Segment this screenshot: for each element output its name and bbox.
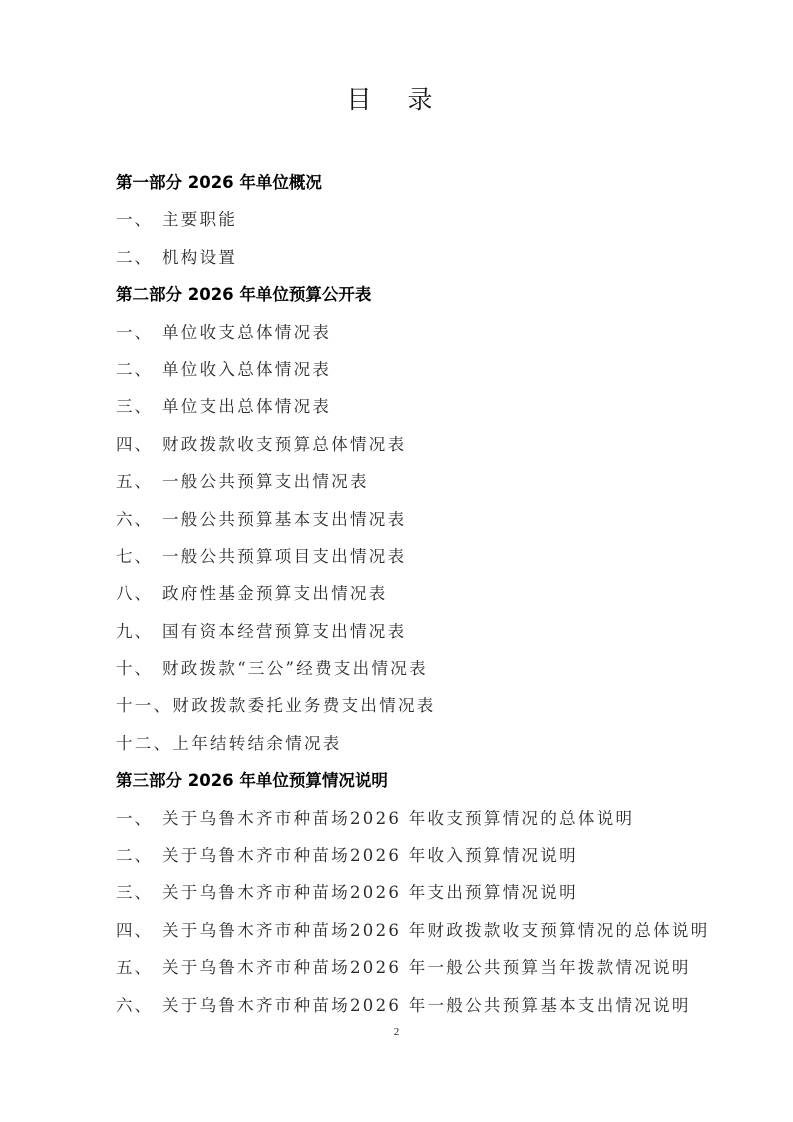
toc-entry-text: 单位支出总体情况表 (162, 397, 331, 416)
toc-entry-number: 十二、 (116, 725, 172, 762)
toc-entry-text: 一般公共预算支出情况表 (162, 472, 369, 491)
toc-entry[interactable]: 四、关于乌鲁木齐市种苗场2026 年财政拨款收支预算情况的总体说明 (116, 912, 736, 949)
toc-entry[interactable]: 七、一般公共预算项目支出情况表 (116, 538, 736, 575)
toc-entry[interactable]: 六、一般公共预算基本支出情况表 (116, 501, 736, 538)
toc-entry-number: 七、 (116, 538, 162, 575)
table-of-contents: 第一部分 2026 年单位概况 一、主要职能 二、机构设置 第二部分 2026 … (116, 164, 736, 1024)
toc-entry-text: 关于乌鲁木齐市种苗场2026 年财政拨款收支预算情况的总体说明 (162, 921, 710, 940)
toc-entry[interactable]: 十二、上年结转结余情况表 (116, 725, 736, 762)
toc-entry-number: 四、 (116, 426, 162, 463)
toc-entry-number: 二、 (116, 351, 162, 388)
toc-entry[interactable]: 三、单位支出总体情况表 (116, 388, 736, 425)
toc-entry[interactable]: 一、单位收支总体情况表 (116, 314, 736, 351)
toc-entry-text: 关于乌鲁木齐市种苗场2026 年收支预算情况的总体说明 (162, 809, 634, 828)
toc-entry-number: 一、 (116, 201, 162, 238)
toc-entry[interactable]: 五、关于乌鲁木齐市种苗场2026 年一般公共预算当年拨款情况说明 (116, 949, 736, 986)
toc-entry-text: 上年结转结余情况表 (172, 734, 341, 753)
toc-entry-number: 六、 (116, 501, 162, 538)
toc-entry-text: 财政拨款委托业务费支出情况表 (172, 696, 435, 715)
toc-entry-number: 五、 (116, 463, 162, 500)
toc-entry-text: 一般公共预算项目支出情况表 (162, 547, 406, 566)
toc-entry-text: 单位收入总体情况表 (162, 360, 331, 379)
toc-entry-number: 一、 (116, 800, 162, 837)
toc-entry-text: 关于乌鲁木齐市种苗场2026 年收入预算情况说明 (162, 846, 578, 865)
page-number: 2 (0, 1026, 793, 1038)
toc-entry-text: 国有资本经营预算支出情况表 (162, 622, 406, 641)
toc-entry-number: 四、 (116, 912, 162, 949)
section-heading-1[interactable]: 第一部分 2026 年单位概况 (116, 164, 736, 201)
toc-entry-number: 十、 (116, 650, 162, 687)
toc-entry-number: 五、 (116, 949, 162, 986)
toc-entry-number: 一、 (116, 314, 162, 351)
toc-entry-number: 八、 (116, 575, 162, 612)
toc-entry-number: 十一、 (116, 687, 172, 724)
toc-entry-text: 一般公共预算基本支出情况表 (162, 510, 406, 529)
page-title: 目 录 (0, 80, 793, 116)
section-heading-2[interactable]: 第二部分 2026 年单位预算公开表 (116, 276, 736, 313)
toc-entry-number: 六、 (116, 987, 162, 1024)
toc-entry[interactable]: 一、主要职能 (116, 201, 736, 238)
toc-entry-number: 三、 (116, 874, 162, 911)
toc-entry-number: 二、 (116, 239, 162, 276)
toc-entry-text: 关于乌鲁木齐市种苗场2026 年一般公共预算基本支出情况说明 (162, 996, 691, 1015)
toc-entry[interactable]: 十一、财政拨款委托业务费支出情况表 (116, 687, 736, 724)
toc-entry[interactable]: 四、财政拨款收支预算总体情况表 (116, 426, 736, 463)
toc-entry[interactable]: 五、一般公共预算支出情况表 (116, 463, 736, 500)
toc-entry-text: 关于乌鲁木齐市种苗场2026 年一般公共预算当年拨款情况说明 (162, 958, 691, 977)
toc-entry-text: 机构设置 (162, 248, 237, 267)
toc-entry[interactable]: 八、政府性基金预算支出情况表 (116, 575, 736, 612)
toc-entry-number: 九、 (116, 613, 162, 650)
toc-entry-text: 单位收支总体情况表 (162, 323, 331, 342)
toc-entry[interactable]: 二、机构设置 (116, 239, 736, 276)
toc-entry-text: 财政拨款“三公”经费支出情况表 (162, 659, 428, 678)
toc-entry[interactable]: 二、关于乌鲁木齐市种苗场2026 年收入预算情况说明 (116, 837, 736, 874)
toc-entry-text: 关于乌鲁木齐市种苗场2026 年支出预算情况说明 (162, 883, 578, 902)
toc-entry-text: 主要职能 (162, 210, 237, 229)
toc-entry[interactable]: 二、单位收入总体情况表 (116, 351, 736, 388)
section-heading-3[interactable]: 第三部分 2026 年单位预算情况说明 (116, 762, 736, 799)
toc-entry-number: 三、 (116, 388, 162, 425)
toc-entry[interactable]: 三、关于乌鲁木齐市种苗场2026 年支出预算情况说明 (116, 874, 736, 911)
toc-entry-text: 政府性基金预算支出情况表 (162, 584, 388, 603)
toc-entry-text: 财政拨款收支预算总体情况表 (162, 435, 406, 454)
toc-entry[interactable]: 十、财政拨款“三公”经费支出情况表 (116, 650, 736, 687)
toc-entry[interactable]: 一、关于乌鲁木齐市种苗场2026 年收支预算情况的总体说明 (116, 800, 736, 837)
toc-entry-number: 二、 (116, 837, 162, 874)
toc-entry[interactable]: 九、国有资本经营预算支出情况表 (116, 613, 736, 650)
toc-entry[interactable]: 六、关于乌鲁木齐市种苗场2026 年一般公共预算基本支出情况说明 (116, 987, 736, 1024)
